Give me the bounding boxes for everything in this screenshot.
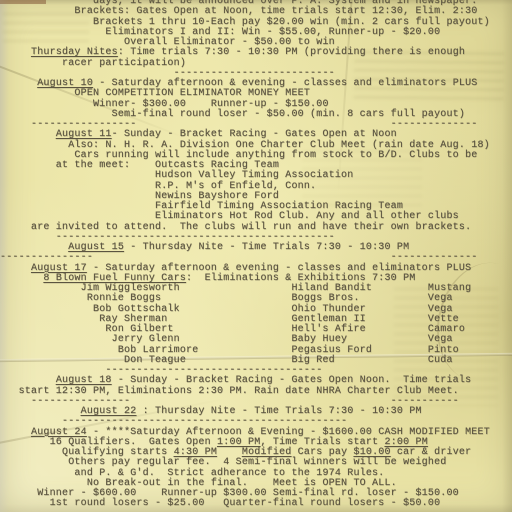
scanned-document-frame: days, it will be announced over P. A. Sy… [0, 0, 512, 512]
paper-background: days, it will be announced over P. A. Sy… [0, 0, 512, 512]
doc-text-segment: 1st round losers - $25.00 Quarter-final … [0, 498, 440, 509]
typewritten-text: days, it will be announced over P. A. Sy… [0, 0, 512, 510]
doc-line: 1st round losers - $25.00 Quarter-final … [0, 499, 512, 509]
